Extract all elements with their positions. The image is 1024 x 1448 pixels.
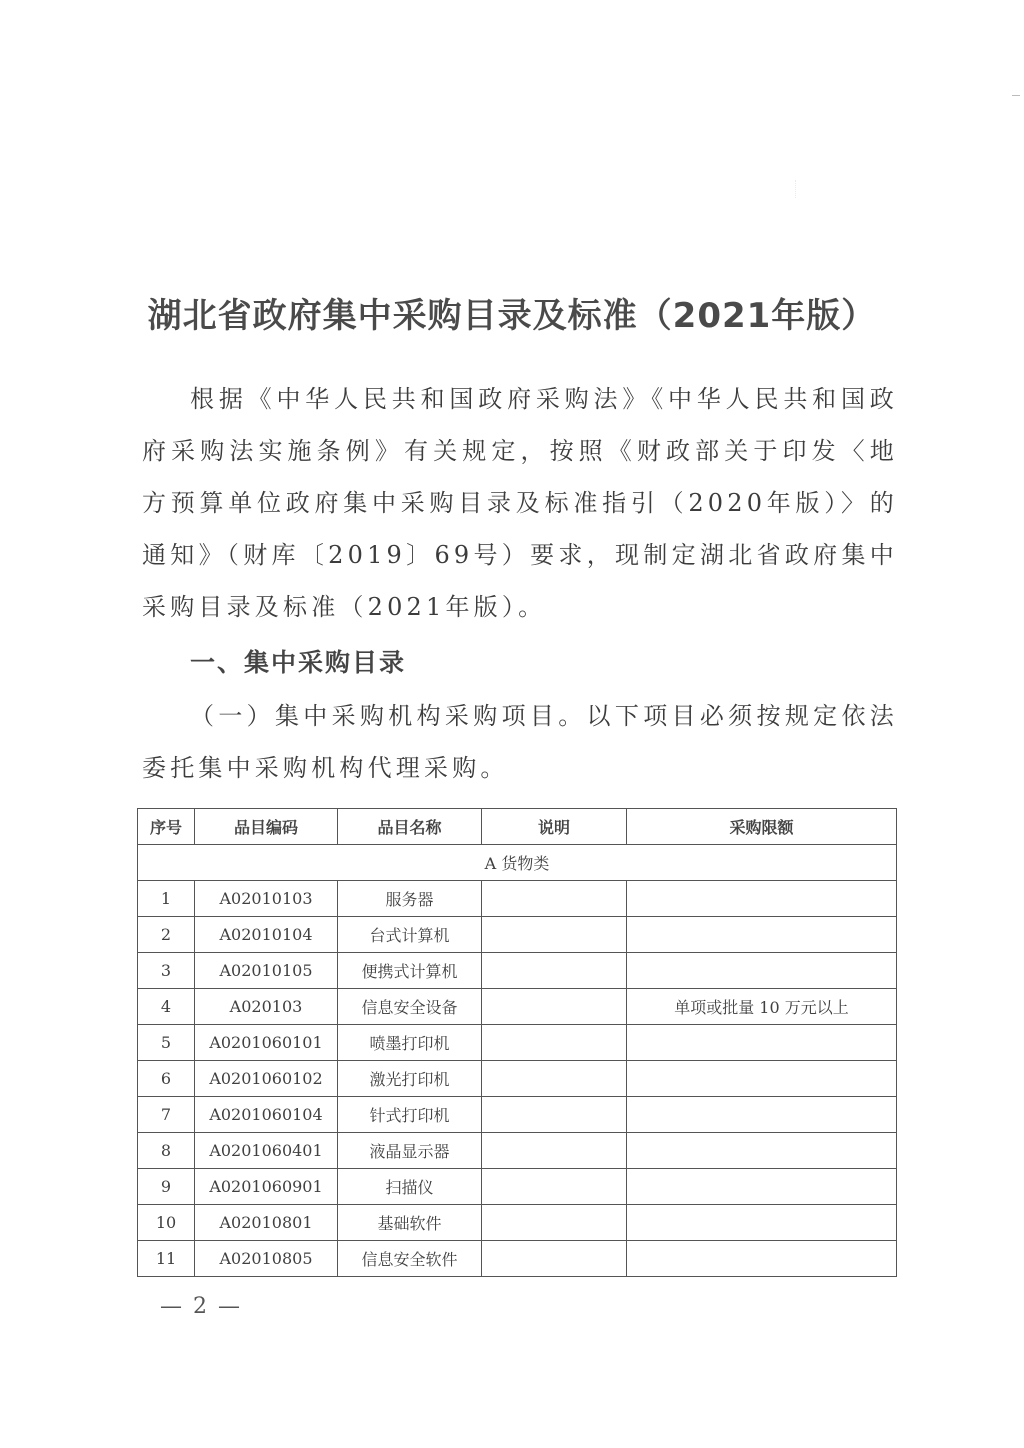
cell-note: [482, 1205, 627, 1241]
cell-no: 9: [138, 1169, 195, 1205]
cell-code: A02010103: [195, 881, 338, 917]
cell-note: [482, 1061, 627, 1097]
header-limit: 采购限额: [627, 809, 897, 845]
table-row: 9A0201060901扫描仪: [138, 1169, 897, 1205]
intro-paragraph: 根据《中华人民共和国政府采购法》《中华人民共和国政府采购法实施条例》有关规定，按…: [142, 373, 898, 633]
cell-limit: [627, 1097, 897, 1133]
cell-no: 5: [138, 1025, 195, 1061]
table-row: 3A02010105便携式计算机: [138, 953, 897, 989]
header-code: 品目编码: [195, 809, 338, 845]
procurement-catalog-table: 序号 品目编码 品目名称 说明 采购限额 A 货物类 1A02010103服务器…: [137, 808, 897, 1277]
cell-code: A02010801: [195, 1205, 338, 1241]
cell-limit: [627, 917, 897, 953]
cell-limit: [627, 881, 897, 917]
cell-no: 4: [138, 989, 195, 1025]
subsection-paragraph: （一）集中采购机构采购项目。以下项目必须按规定依法委托集中采购机构代理采购。: [142, 690, 898, 794]
cell-no: 1: [138, 881, 195, 917]
cell-name: 喷墨打印机: [338, 1025, 482, 1061]
table-row: 8A0201060401液晶显示器: [138, 1133, 897, 1169]
cell-name: 信息安全软件: [338, 1241, 482, 1277]
document-title: 湖北省政府集中采购目录及标准（2021年版）: [0, 288, 1024, 337]
cell-name: 激光打印机: [338, 1061, 482, 1097]
cell-limit: [627, 1025, 897, 1061]
table-row: 11A02010805信息安全软件: [138, 1241, 897, 1277]
cell-code: A0201060901: [195, 1169, 338, 1205]
cell-no: 8: [138, 1133, 195, 1169]
cell-code: A02010105: [195, 953, 338, 989]
cell-note: [482, 953, 627, 989]
cell-no: 10: [138, 1205, 195, 1241]
cell-note: [482, 917, 627, 953]
cell-no: 6: [138, 1061, 195, 1097]
page-number: — 2 —: [160, 1294, 242, 1319]
table-row: 1A02010103服务器: [138, 881, 897, 917]
scan-edge-mark: [1012, 95, 1020, 96]
table-row: 7A0201060104针式打印机: [138, 1097, 897, 1133]
cell-limit: [627, 1241, 897, 1277]
scan-artifact: [795, 180, 896, 198]
cell-name: 基础软件: [338, 1205, 482, 1241]
cell-name: 扫描仪: [338, 1169, 482, 1205]
cell-code: A0201060101: [195, 1025, 338, 1061]
header-note: 说明: [482, 809, 627, 845]
cell-code: A0201060102: [195, 1061, 338, 1097]
cell-note: [482, 1133, 627, 1169]
cell-code: A02010104: [195, 917, 338, 953]
table-header-row: 序号 品目编码 品目名称 说明 采购限额: [138, 809, 897, 845]
table-row: 6A0201060102激光打印机: [138, 1061, 897, 1097]
cell-note: [482, 1241, 627, 1277]
table-row: 2A02010104台式计算机: [138, 917, 897, 953]
cell-no: 7: [138, 1097, 195, 1133]
cell-name: 针式打印机: [338, 1097, 482, 1133]
cell-name: 台式计算机: [338, 917, 482, 953]
cell-limit: 单项或批量 10 万元以上: [627, 989, 897, 1025]
cell-name: 服务器: [338, 881, 482, 917]
cell-code: A0201060104: [195, 1097, 338, 1133]
cell-limit: [627, 1061, 897, 1097]
category-label: A 货物类: [138, 845, 897, 881]
cell-no: 2: [138, 917, 195, 953]
table-row: 10A02010801基础软件: [138, 1205, 897, 1241]
cell-limit: [627, 1133, 897, 1169]
cell-note: [482, 1169, 627, 1205]
cell-note: [482, 881, 627, 917]
cell-code: A020103: [195, 989, 338, 1025]
category-row: A 货物类: [138, 845, 897, 881]
table-row: 4A020103信息安全设备单项或批量 10 万元以上: [138, 989, 897, 1025]
header-name: 品目名称: [338, 809, 482, 845]
cell-limit: [627, 953, 897, 989]
cell-name: 液晶显示器: [338, 1133, 482, 1169]
cell-name: 信息安全设备: [338, 989, 482, 1025]
header-no: 序号: [138, 809, 195, 845]
cell-name: 便携式计算机: [338, 953, 482, 989]
table-row: 5A0201060101喷墨打印机: [138, 1025, 897, 1061]
cell-note: [482, 1097, 627, 1133]
cell-code: A02010805: [195, 1241, 338, 1277]
cell-no: 11: [138, 1241, 195, 1277]
section-heading: 一、集中采购目录: [190, 643, 406, 679]
cell-note: [482, 989, 627, 1025]
cell-no: 3: [138, 953, 195, 989]
cell-limit: [627, 1205, 897, 1241]
cell-code: A0201060401: [195, 1133, 338, 1169]
cell-limit: [627, 1169, 897, 1205]
cell-note: [482, 1025, 627, 1061]
